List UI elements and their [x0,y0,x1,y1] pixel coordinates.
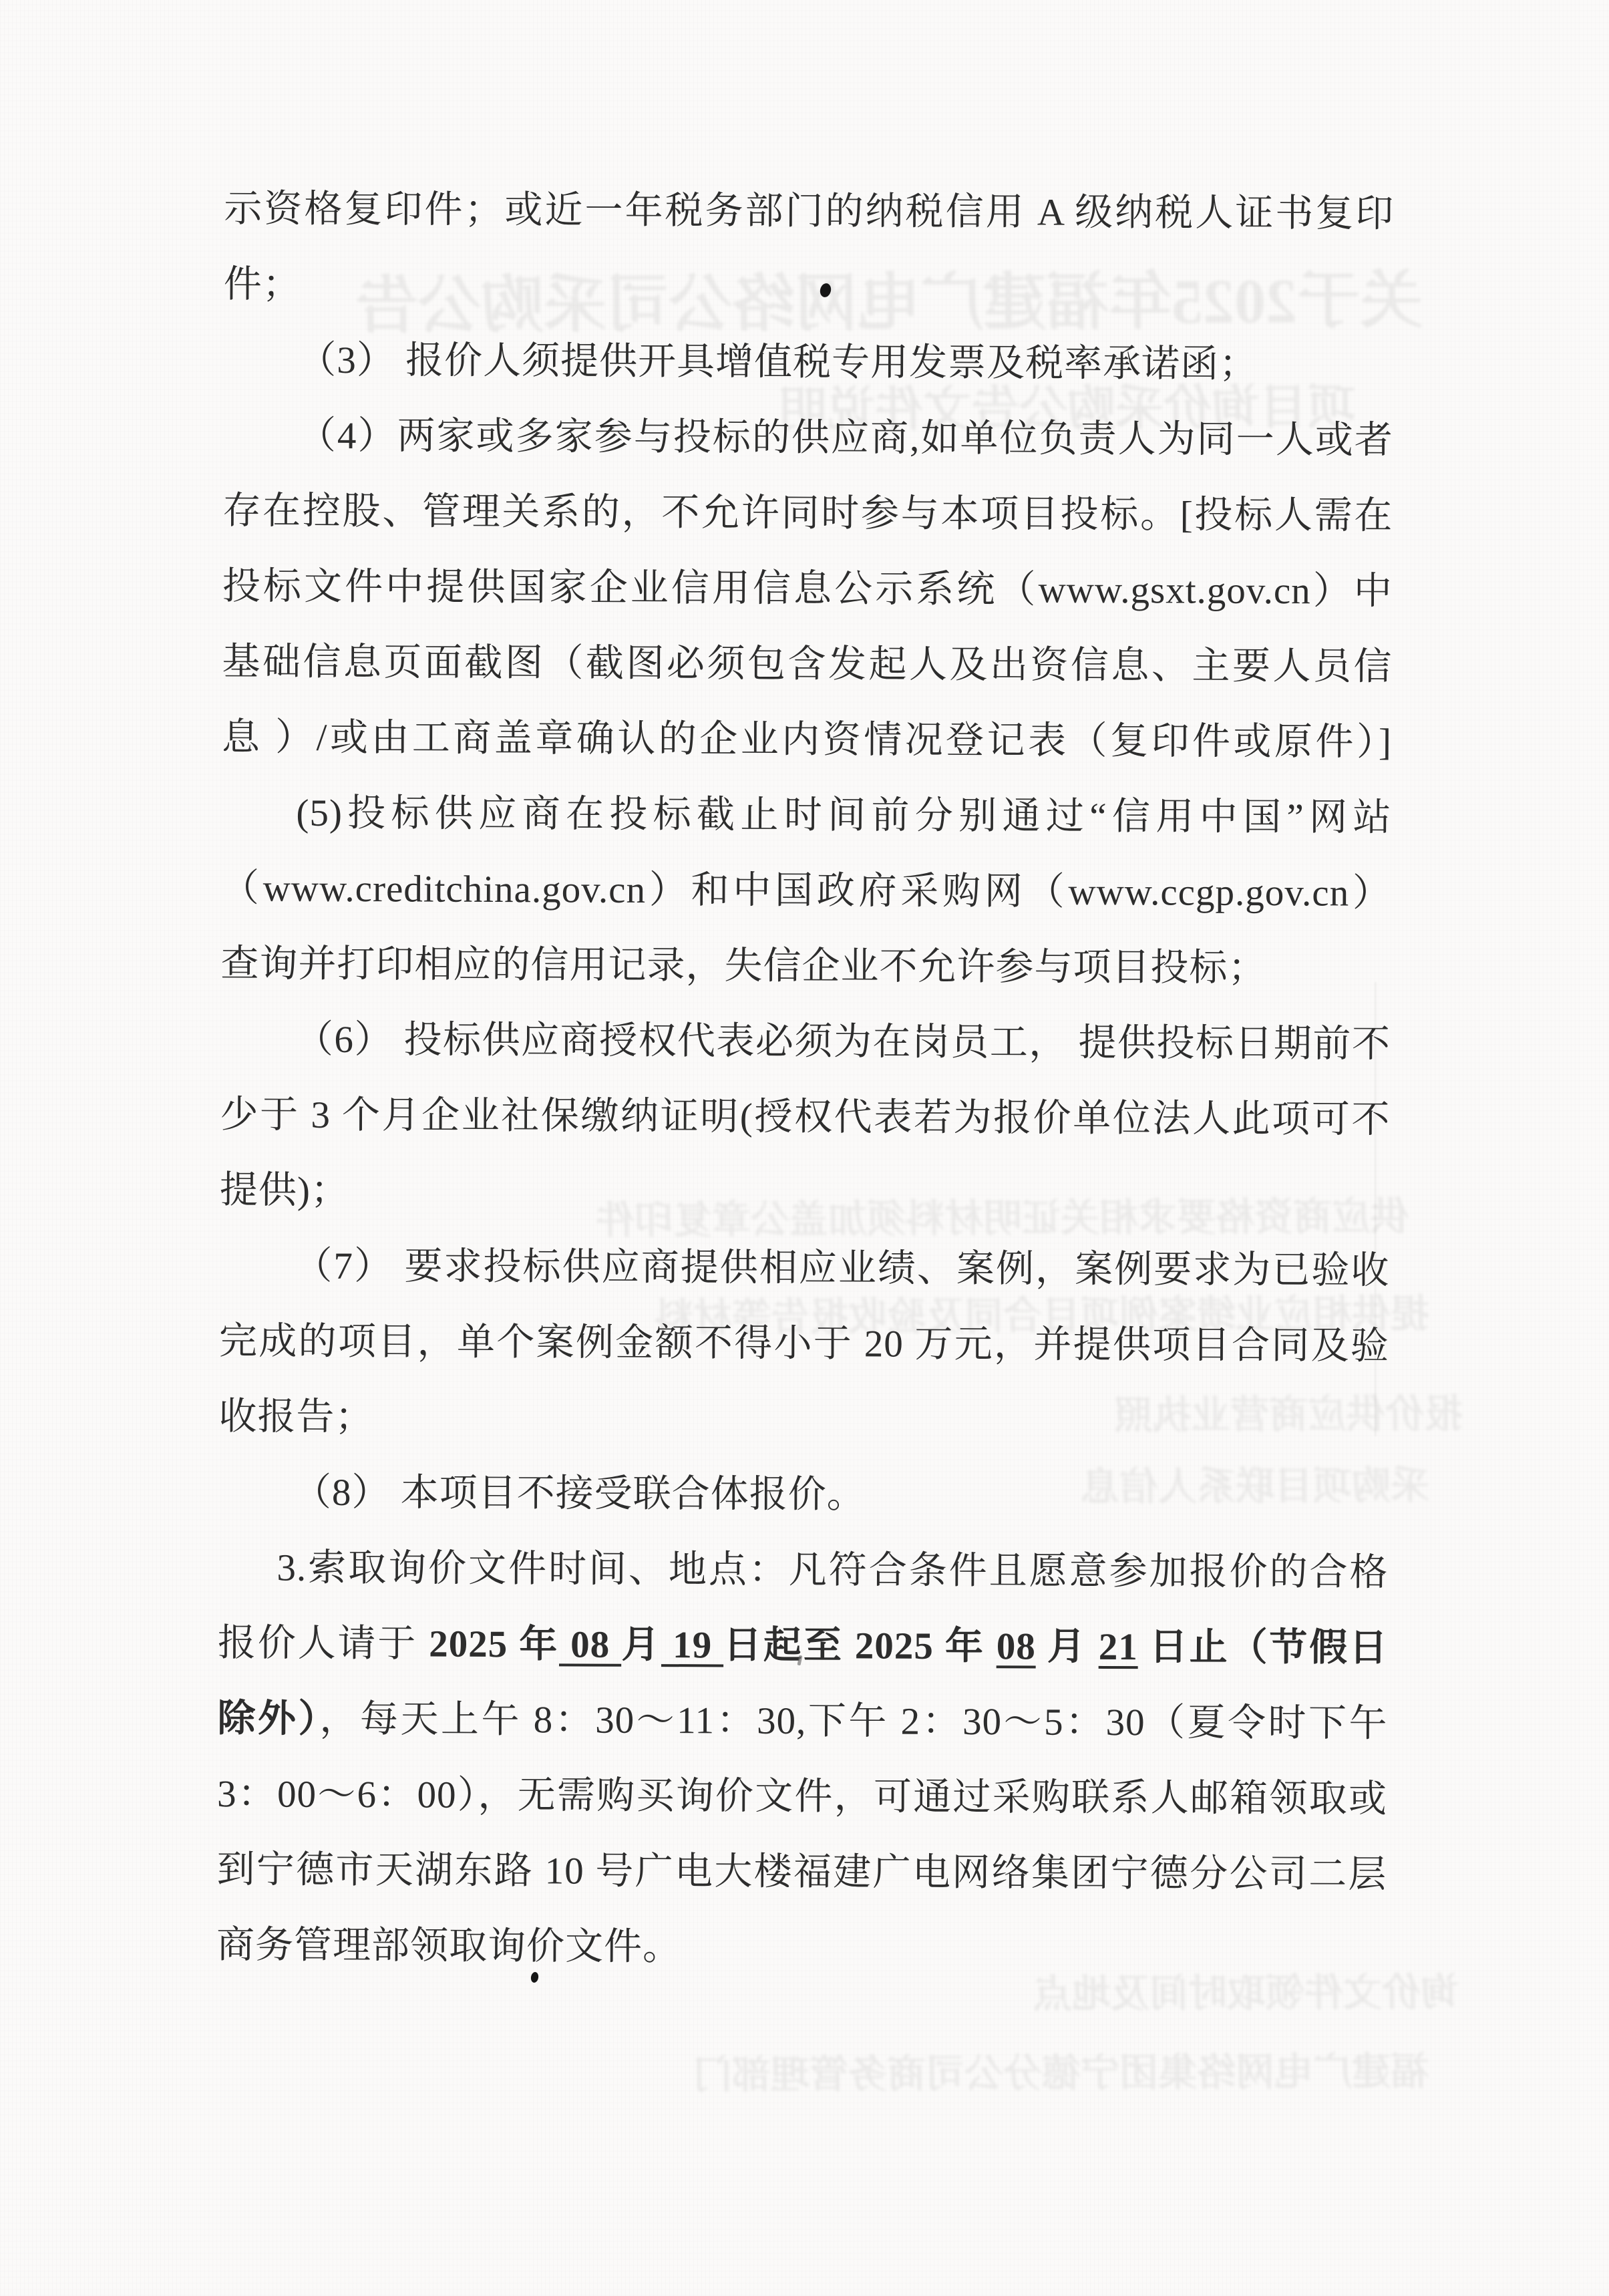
document-line: （3） 报价人须提供开具增值税专用发票及税率承诺函； [223,337,1393,389]
document-line: （7） 要求投标供应商提供相应业绩、案例，案例要求为已验收 [219,1243,1389,1295]
document-line: 收报告； [218,1393,1389,1446]
document-line: 完成的项目，单个案例金额不得小于 20 万元，并提供项目合同及验 [219,1318,1389,1370]
document-line: 除外），每天上午 8：30～11：30,下午 2：30～5：30（夏令时下午 [217,1695,1387,1748]
document-line: （www.creditchina.gov.cn）和中国政府采购网（www.ccg… [221,865,1391,917]
document-body: 示资格复印件；或近一年税务部门的纳税信用 A 级纳税人证书复印 件； （3） 报… [0,0,1609,2296]
scanned-document-page: 关于2025年福建广电网络公司采购公告 项目询价采购公告文件说明 供应商资格要求… [0,0,1609,2296]
document-line: 示资格复印件；或近一年税务部门的纳税信用 A 级纳税人证书复印 [224,186,1394,238]
document-line: 基础信息页面截图（截图必须包含发起人及出资信息、主要人员信 [222,639,1392,691]
document-line: 投标文件中提供国家企业信用信息公示系统（www.gsxt.gov.cn）中 [222,563,1393,615]
document-line: 存在控股、管理关系的，不允许同时参与本项目投标。[投标人需在 [222,488,1393,540]
document-line: 息 ）/或由工商盖章确认的企业内资情况登记表（复印件或原件）] [222,714,1392,766]
document-line: (5)投标供应商在投标截止时间前分别通过“信用中国”网站 [221,790,1391,842]
document-line: 3：00～6：00），无需购买询价文件，可通过采购联系人邮箱领取或 [217,1771,1387,1823]
document-line: （8） 本项目不接受联合体报价。 [218,1469,1389,1521]
document-line: 到宁德市天湖东路 10 号广电大楼福建广电网络集团宁德分公司二层 [216,1846,1387,1899]
document-line: 件； [224,261,1394,313]
document-line: 3.索取询价文件时间、地点：凡符合条件且愿意参加报价的合格 [218,1544,1388,1597]
document-line: （6） 投标供应商授权代表必须为在岗员工， 提供投标日期前不 [220,1016,1391,1068]
document-line: 商务管理部领取询价文件。 [216,1922,1387,1974]
document-line: 查询并打印相应的信用记录，失信企业不允许参与项目投标； [220,941,1391,993]
document-line: 提供)； [220,1167,1390,1219]
document-line-dates: 报价人请于 2025 年 08 月 19 日起至 2025 年 08 月 21 … [218,1620,1388,1672]
document-line: 少于 3 个月企业社保缴纳证明(授权代表若为报价单位法人此项可不 [220,1092,1390,1144]
document-line: （4）两家或多家参与投标的供应商,如单位负责人为同一人或者 [223,412,1393,464]
